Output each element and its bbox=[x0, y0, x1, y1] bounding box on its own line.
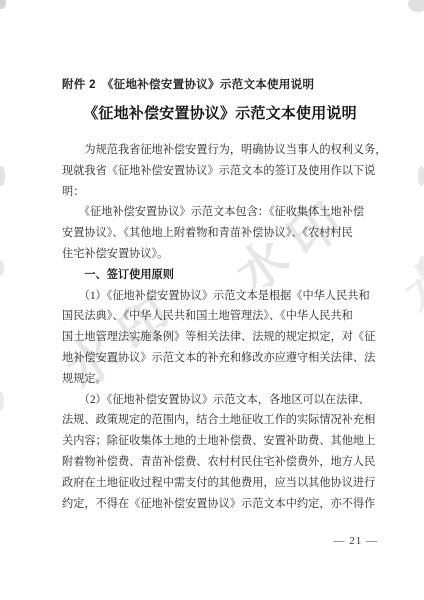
body-line: 规规定。 bbox=[62, 369, 380, 390]
body-line: 附着物补偿费、青苗补偿费、农村村民住宅补偿费外，地方人民 bbox=[62, 452, 380, 473]
scan-artifact bbox=[419, 256, 424, 271]
watermark: 水印 bbox=[387, 194, 424, 326]
scan-artifact bbox=[408, 0, 424, 12]
body-line: （2）《征地补偿安置协议》示范文本，各地区可以在法律、 bbox=[62, 390, 380, 411]
body-line: （1）《征地补偿安置协议》示范文本是根据《中华人民共和 bbox=[62, 286, 380, 307]
body-line: 地补偿安置协议》示范文本的补充和修改亦应遵守相关法律、法 bbox=[62, 348, 380, 369]
body-line: 《征地补偿安置协议》示范文本包含：《征收集体土地补偿 bbox=[62, 202, 380, 223]
body-line: 现就我省《征地补偿安置协议》示范文本的签订及使用作以下说 bbox=[62, 161, 380, 182]
body-line: 国土地管理法实施条例》等相关法律、法规的规定拟定，对《征 bbox=[62, 327, 380, 348]
scan-artifact bbox=[0, 0, 6, 9]
body-line: 约定，不得在《征地补偿安置协议》示范文本中约定，亦不得作 bbox=[62, 494, 380, 515]
body-line: 国民法典》、《中华人民共和国土地管理法》、《中华人民共和 bbox=[62, 306, 380, 327]
document-page: 水印 水印 水印 附件 2 《征地补偿安置协议》示范文本使用说明 《征地补偿安置… bbox=[0, 0, 424, 600]
scan-artifact bbox=[0, 166, 5, 186]
body-line: 政府在土地征收过程中需支付的其他费用，应当以其他协议进行 bbox=[62, 473, 380, 494]
section-heading: 一、签订使用原则 bbox=[62, 265, 380, 286]
body-line: 法规、政策规定的范围内，结合土地征收工作的实际情况补充相 bbox=[62, 410, 380, 431]
page-number: — 21 — bbox=[334, 535, 379, 547]
body-line: 关内容；除征收集体土地的土地补偿费、安置补助费、其他地上 bbox=[62, 431, 380, 452]
body-line: 安置协议》、《其他地上附着物和青苗补偿协议》、《农村村民 bbox=[62, 223, 380, 244]
attachment-heading: 附件 2 《征地补偿安置协议》示范文本使用说明 bbox=[62, 76, 314, 92]
document-title: 《征地补偿安置协议》示范文本使用说明 bbox=[62, 102, 378, 123]
body-line: 明： bbox=[62, 182, 380, 203]
document-body: 为规范我省征地补偿安置行为，明确协议当事人的权利义务，现就我省《征地补偿安置协议… bbox=[62, 140, 380, 514]
body-line: 为规范我省征地补偿安置行为，明确协议当事人的权利义务， bbox=[62, 140, 380, 161]
scan-artifact bbox=[0, 260, 4, 276]
scan-artifact bbox=[418, 166, 424, 186]
scan-artifact bbox=[0, 392, 4, 410]
body-line: 住宅补偿安置协议》。 bbox=[62, 244, 380, 265]
